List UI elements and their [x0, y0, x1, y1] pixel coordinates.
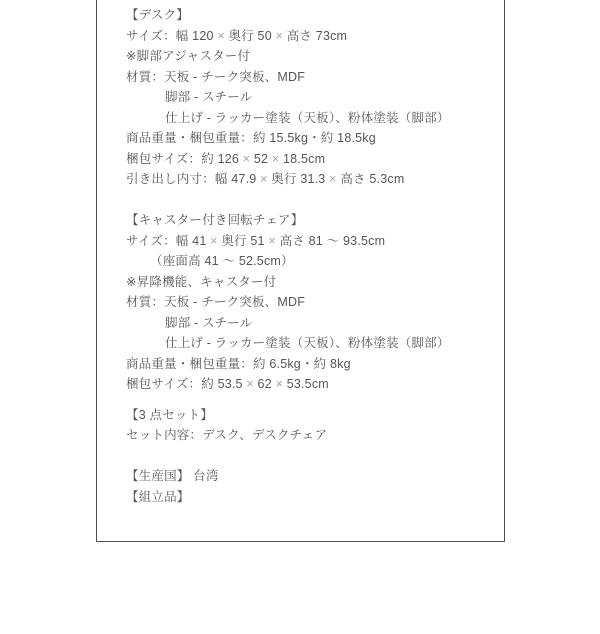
multiply-sign: ×	[246, 377, 254, 391]
multiply-sign: ×	[210, 234, 218, 248]
spec-line: 材質：天板 - チーク突板、MDF	[126, 67, 494, 88]
product-spec-panel: 【デスク】サイズ：幅 120 × 奥行 50 × 高さ 73cm※脚部アジャスタ…	[96, 0, 505, 542]
multiply-sign: ×	[243, 152, 251, 166]
spec-line: 梱包サイズ：約 126 × 52 × 18.5cm	[126, 149, 494, 170]
spec-line: セット内容：デスク、デスクチェア	[126, 425, 494, 446]
multiply-sign: ×	[260, 172, 268, 186]
spec-heading: 【3 点セット】	[126, 405, 494, 426]
spec-line: 材質：天板 - チーク突板、MDF	[126, 292, 494, 313]
multiply-sign: ×	[276, 29, 284, 43]
spec-line: 仕上げ - ラッカー塗装（天板）、粉体塗装（脚部）	[126, 108, 494, 129]
spec-line: ※脚部アジャスター付	[126, 46, 494, 67]
page: 【デスク】サイズ：幅 120 × 奥行 50 × 高さ 73cm※脚部アジャスタ…	[0, 0, 600, 634]
spec-heading: 【デスク】	[126, 5, 494, 26]
spec-line: 引き出し内寸：幅 47.9 × 奥行 31.3 × 高さ 5.3cm	[126, 169, 494, 190]
spec-line: （座面高 41 ～ 52.5cm）	[126, 251, 494, 272]
spec-line: 脚部 - スチール	[126, 87, 494, 108]
spec-heading: 【生産国】 台湾	[126, 466, 494, 487]
spec-heading: 【キャスター付き回転チェア】	[126, 210, 494, 231]
multiply-sign: ×	[276, 377, 284, 391]
spec-line: 商品重量・梱包重量：約 6.5kg・約 8kg	[126, 354, 494, 375]
multiply-sign: ×	[217, 29, 225, 43]
spec-line: ※昇降機能、キャスター付	[126, 272, 494, 293]
multiply-sign: ×	[268, 234, 276, 248]
spec-line: 仕上げ - ラッカー塗装（天板）、粉体塗装（脚部）	[126, 333, 494, 354]
spec-blank-line	[126, 446, 494, 467]
spec-line: サイズ：幅 120 × 奥行 50 × 高さ 73cm	[126, 26, 494, 47]
multiply-sign: ×	[272, 152, 280, 166]
spec-lines: 【デスク】サイズ：幅 120 × 奥行 50 × 高さ 73cm※脚部アジャスタ…	[126, 5, 494, 507]
spec-line: 脚部 - スチール	[126, 313, 494, 334]
spec-line: サイズ：幅 41 × 奥行 51 × 高さ 81 ～ 93.5cm	[126, 231, 494, 252]
multiply-sign: ×	[329, 172, 337, 186]
spec-line: 梱包サイズ：約 53.5 × 62 × 53.5cm	[126, 374, 494, 395]
spec-blank-line	[126, 395, 494, 405]
spec-blank-line	[126, 190, 494, 211]
spec-heading: 【組立品】	[126, 487, 494, 508]
spec-line: 商品重量・梱包重量：約 15.5kg・約 18.5kg	[126, 128, 494, 149]
